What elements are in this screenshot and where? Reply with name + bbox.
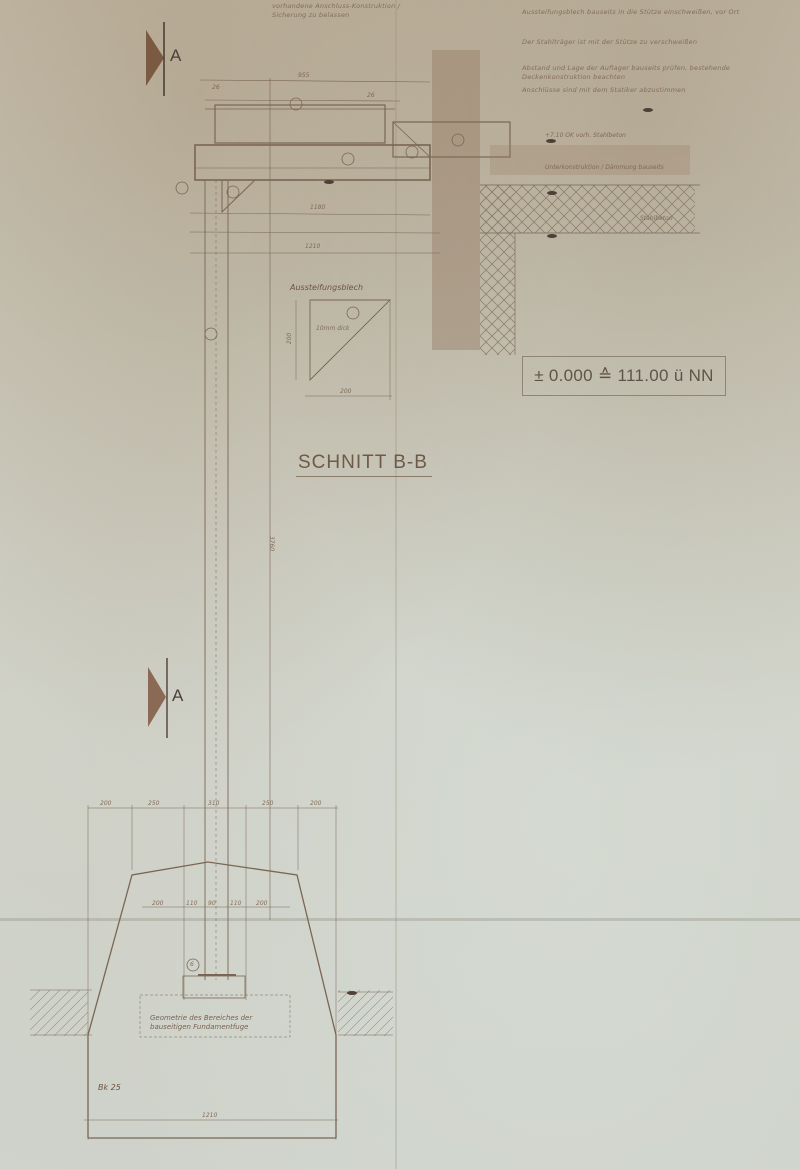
found-dim-1: 200: [100, 800, 111, 807]
stiffener-vertical-dim: 200: [286, 333, 293, 344]
label-concrete: Stahlbeton: [640, 215, 673, 222]
note-2: Der Stahlträger ist mit der Stütze zu ve…: [522, 38, 792, 47]
found-dim-3: 310: [208, 800, 219, 807]
section-marker-letter-bottom: A: [172, 686, 183, 706]
found-inner-dim-3: 90: [208, 900, 216, 907]
found-inner-dim-2: 110: [186, 900, 197, 907]
section-title: SCHNITT B-B: [296, 452, 432, 477]
foundation-part-number: 6: [190, 961, 194, 968]
note-4: Anschlüsse sind mit dem Statiker abzusti…: [522, 86, 792, 95]
found-dim-4: 250: [262, 800, 273, 807]
top-note: vorhandene Anschluss-Konstruktion / Sich…: [272, 2, 432, 20]
part-number-circles: [176, 98, 464, 971]
part-26-left: 26: [212, 84, 220, 91]
stiffener-title: Aussteifungsblech: [290, 283, 363, 292]
section-marker-top: [146, 22, 164, 96]
found-dim-5: 200: [310, 800, 321, 807]
note-3: Abstand und Lage der Auflager bauseits p…: [522, 64, 792, 82]
stiffener-plate-detail: [296, 300, 392, 400]
label-substructure: Unterkonstruktion / Dämmung bauseits: [545, 164, 664, 171]
note-1: Aussteifungsblech bauseits in die Stütze…: [522, 8, 792, 17]
existing-wall: [432, 50, 700, 355]
foundation-note: Geometrie des Bereiches der bauseitigen …: [150, 1014, 290, 1032]
dim-span-top: 955: [298, 72, 309, 79]
found-inner-dim-5: 200: [256, 900, 267, 907]
dim-span-mid: 1180: [310, 204, 325, 211]
dim-span-low: 1210: [305, 243, 320, 250]
stiffener-horizontal-dim: 200: [340, 388, 351, 395]
found-inner-dim-4: 110: [230, 900, 241, 907]
stiffener-note: 10mm dick: [316, 325, 349, 332]
foundation-section: [30, 805, 393, 1140]
column-height-dim: 3760: [268, 536, 275, 551]
found-dim-2: 250: [148, 800, 159, 807]
section-marker-letter-top: A: [170, 46, 181, 66]
found-inner-dim-1: 200: [152, 900, 163, 907]
section-marker-bottom: [148, 658, 167, 738]
concrete-class-label: Bk 25: [98, 1083, 121, 1092]
section-drawing: [0, 0, 800, 1169]
elevation-reference-box: ± 0.000 ≙ 111.00 ü NN: [522, 356, 726, 396]
label-top-concrete: +7.10 OK vorh. Stahlbeton: [545, 132, 626, 139]
foundation-base-width: 1210: [202, 1112, 217, 1119]
part-26-right: 26: [367, 92, 375, 99]
